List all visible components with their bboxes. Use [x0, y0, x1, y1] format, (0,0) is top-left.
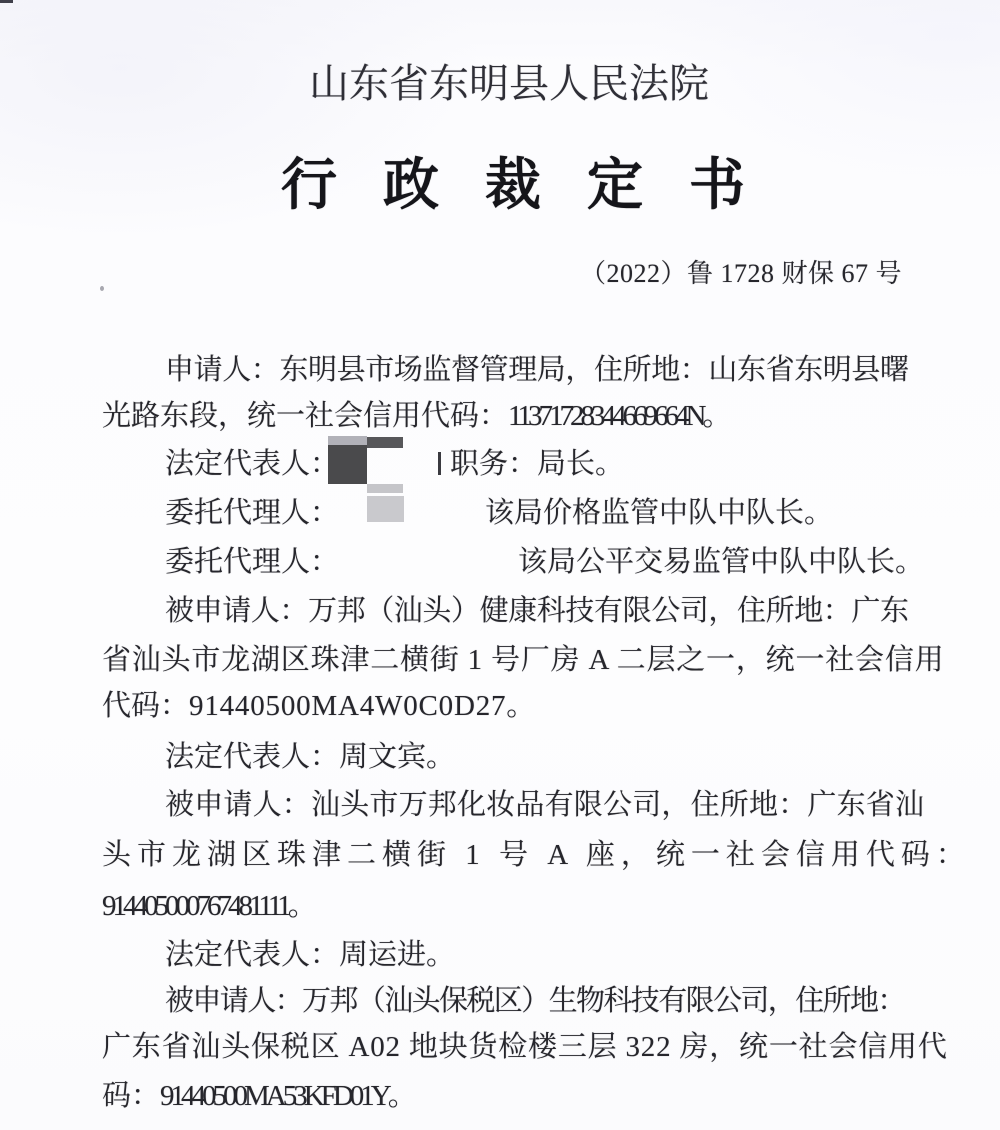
body-line-agent-1: 委托代理人： 该局价格监管中队中队长。: [102, 497, 914, 530]
address-text: 光路东段，统一社会信用代码：: [102, 400, 508, 432]
agent-label: 委托代理人：: [165, 497, 339, 530]
body-line-respondent1-3: 代码：91440500MA4W0C0D27。: [102, 690, 914, 723]
redaction-block-medium: [367, 437, 403, 448]
body-line-respondent3-1: 被申请人：万邦（汕头保税区）生物科技有限公司，住所地：: [102, 985, 977, 1018]
uscc-code-respondent2: 914405000767481111。: [102, 890, 313, 922]
scan-artifact-speck: [100, 286, 104, 291]
body-line-applicant-1: 申请人：东明县市场监督管理局，住所地：山东省东明县曙: [102, 354, 977, 387]
position-text: 职务：局长。: [450, 448, 624, 481]
body-line-legal-rep-1: 法定代表人： 职务：局长。: [102, 448, 914, 481]
body-line-respondent3-3: 码：91440500MA53KFD01Y。: [102, 1080, 914, 1113]
legal-rep-label: 法定代表人：: [165, 448, 339, 481]
uscc-code-respondent1: 91440500MA4W0C0D27。: [189, 690, 536, 722]
code-label: 码：: [102, 1080, 160, 1112]
agent-title-text: 该局价格监管中队中队长。: [485, 497, 833, 530]
case-number: （2022）鲁 1728 财保 67 号: [580, 253, 902, 290]
redaction-edge-mark: [438, 452, 441, 475]
ruling-document-page: 山东省东明县人民法院 行政裁定书 （2022）鲁 1728 财保 67 号 申请…: [0, 0, 1000, 1130]
body-line-respondent2-1: 被申请人：汕头市万邦化妆品有限公司，住所地：广东省汕: [102, 789, 977, 822]
scan-artifact-top-line: [0, 0, 13, 3]
agent-title-text: 该局公平交易监管中队中队长。: [518, 546, 924, 579]
body-line-agent-2: 委托代理人： 该局公平交易监管中队中队长。: [102, 546, 914, 579]
uscc-code-respondent3: 91440500MA53KFD01Y。: [160, 1080, 413, 1112]
body-line-applicant-2: 光路东段，统一社会信用代码：11371728344669664N。: [102, 400, 914, 433]
body-line-respondent3-2: 广东省汕头保税区 A02 地块货检楼三层 322 房，统一社会信用代: [102, 1031, 914, 1064]
body-line-legal-rep-2: 法定代表人：周文宾。: [102, 741, 977, 774]
body-line-legal-rep-3: 法定代表人：周运进。: [102, 939, 977, 972]
code-label: 代码：: [102, 690, 189, 722]
court-name-heading: 山东省东明县人民法院: [309, 52, 709, 109]
uscc-code-applicant: 11371728344669664N。: [508, 400, 727, 432]
redaction-block-light: [367, 496, 404, 522]
body-line-respondent2-2: 头市龙湖区珠津二横街 1 号 A 座，统一社会信用代码：: [102, 839, 914, 872]
redaction-block-dark: [328, 445, 367, 484]
document-title: 行政裁定书: [281, 141, 791, 221]
body-line-respondent2-3: 914405000767481111。: [102, 890, 914, 923]
body-line-respondent1-2: 省汕头市龙湖区珠津二横街 1 号厂房 A 二层之一，统一社会信用: [102, 644, 914, 677]
agent-label: 委托代理人：: [165, 546, 339, 579]
redaction-strip-bottom: [367, 484, 403, 493]
body-line-respondent1-1: 被申请人：万邦（汕头）健康科技有限公司，住所地：广东: [102, 595, 977, 628]
redaction-strip-top: [328, 436, 367, 445]
